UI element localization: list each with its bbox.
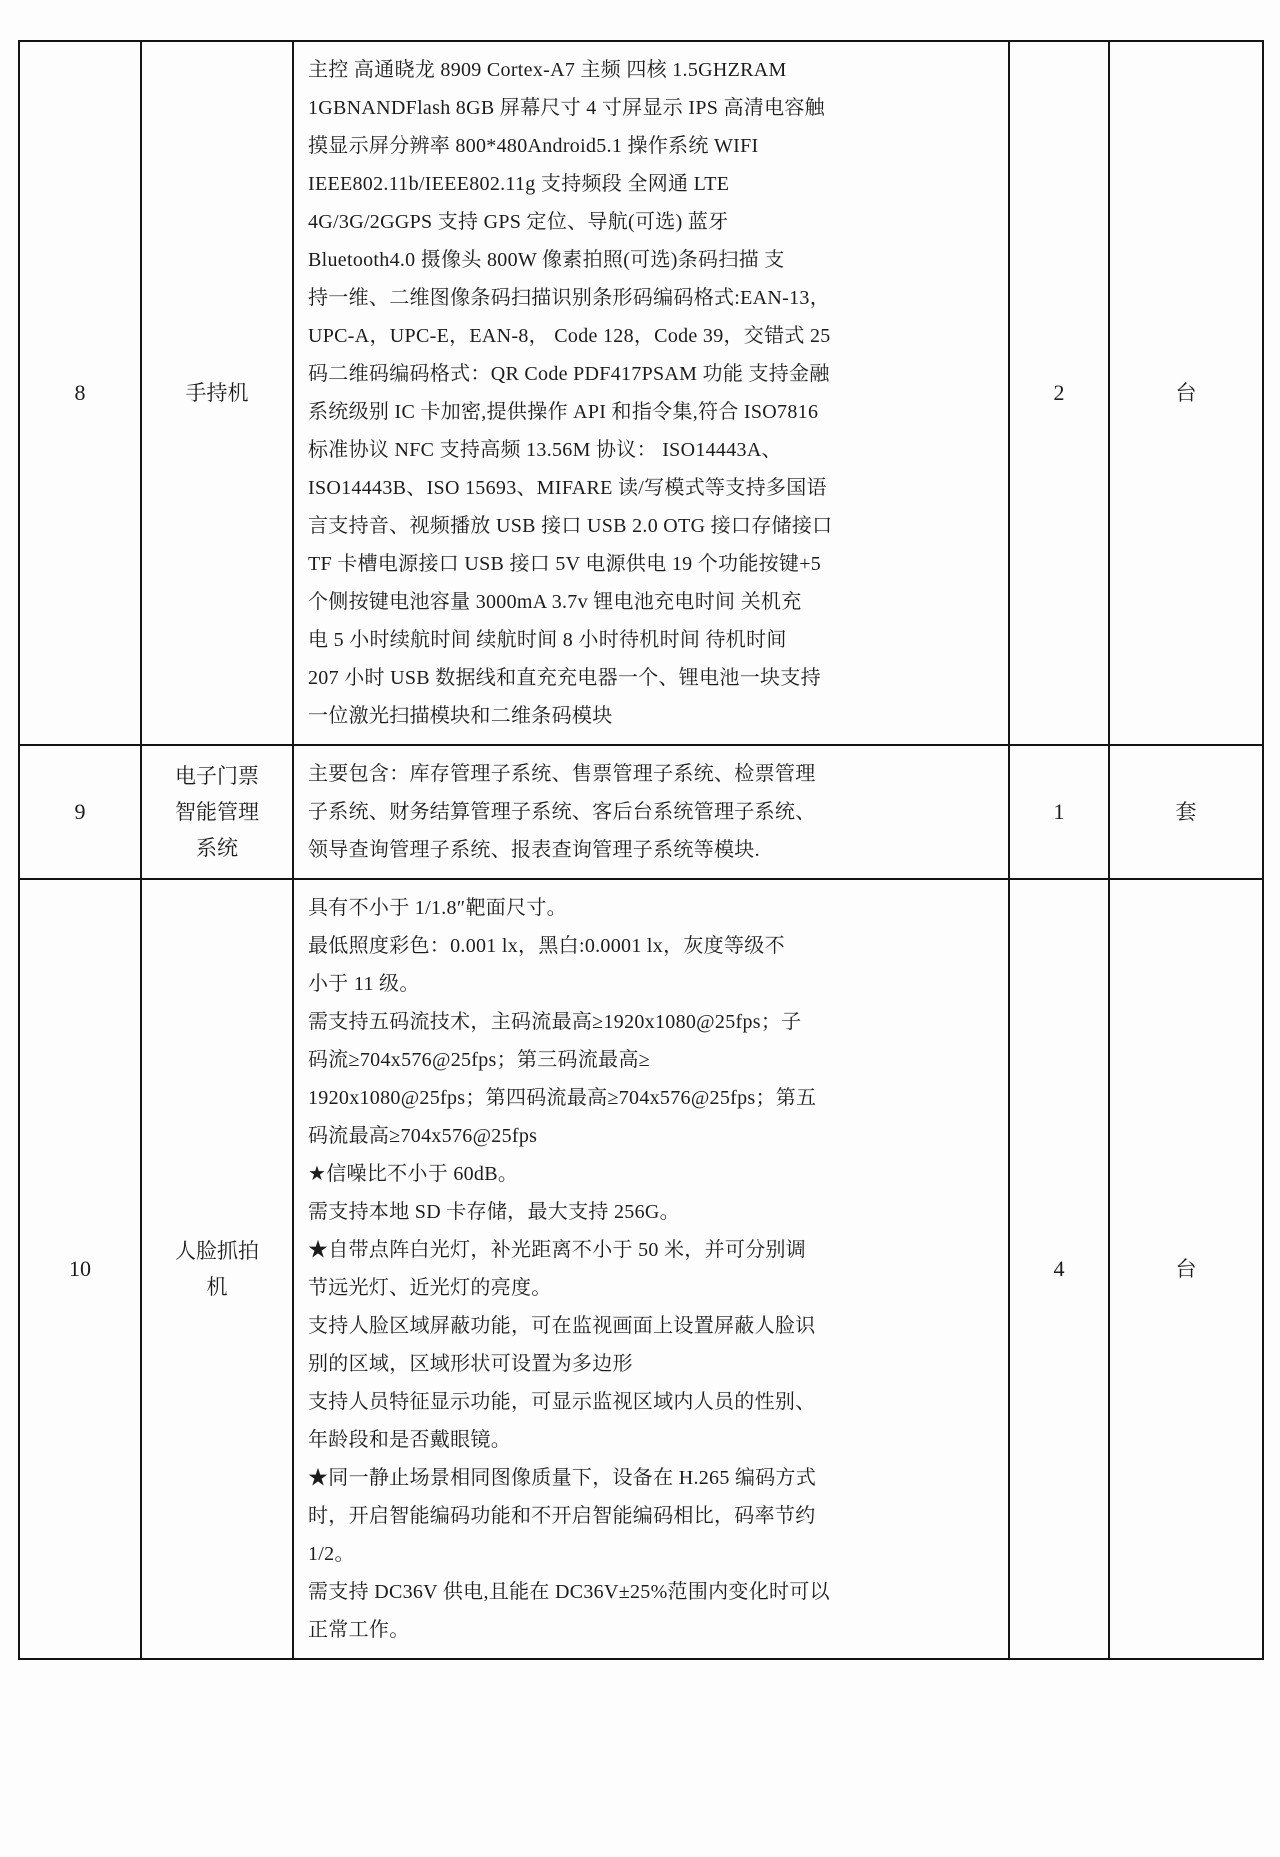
item-name-cell: 人脸抓拍 机 [141,879,293,1659]
serial-number-cell: 8 [19,41,141,745]
item-description-cell: 主要包含：库存管理子系统、售票管理子系统、检票管理 子系统、财务结算管理子系统、… [293,745,1009,879]
unit-cell: 台 [1109,41,1263,745]
serial-number-cell: 10 [19,879,141,1659]
quantity-cell: 4 [1009,879,1109,1659]
unit-cell: 台 [1109,879,1263,1659]
quantity-cell: 2 [1009,41,1109,745]
document-page: 8 手持机 主控 高通晓龙 8909 Cortex-A7 主频 四核 1.5GH… [0,0,1280,1857]
unit-cell: 套 [1109,745,1263,879]
item-name-cell: 手持机 [141,41,293,745]
table-row-item-10: 10 人脸抓拍 机 具有不小于 1/1.8″靶面尺寸。 最低照度彩色：0.001… [19,879,1263,1659]
table-row-item-8: 8 手持机 主控 高通晓龙 8909 Cortex-A7 主频 四核 1.5GH… [19,41,1263,745]
item-description-cell: 主控 高通晓龙 8909 Cortex-A7 主频 四核 1.5GHZRAM 1… [293,41,1009,745]
item-description-cell: 具有不小于 1/1.8″靶面尺寸。 最低照度彩色：0.001 lx，黑白:0.0… [293,879,1009,1659]
item-name-cell: 电子门票 智能管理 系统 [141,745,293,879]
serial-number-cell: 9 [19,745,141,879]
equipment-spec-table: 8 手持机 主控 高通晓龙 8909 Cortex-A7 主频 四核 1.5GH… [18,40,1264,1660]
quantity-cell: 1 [1009,745,1109,879]
table-row-item-9: 9 电子门票 智能管理 系统 主要包含：库存管理子系统、售票管理子系统、检票管理… [19,745,1263,879]
